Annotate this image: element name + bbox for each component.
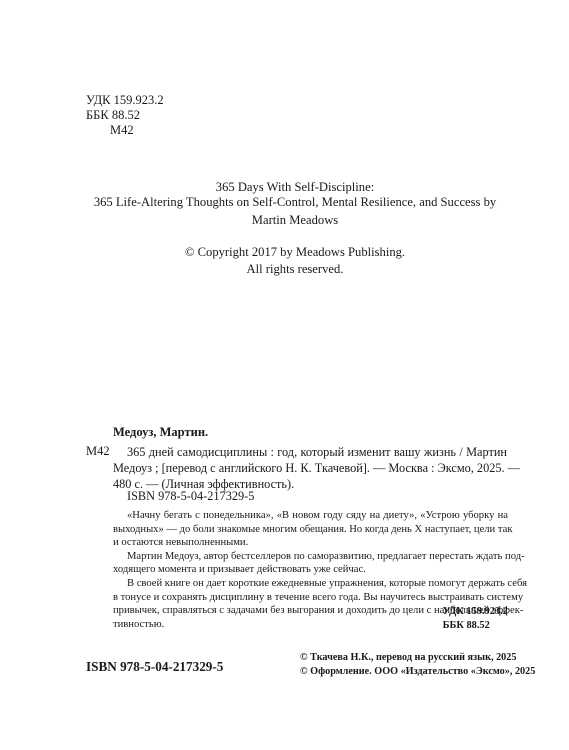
copyright-notices: © Ткачева Н.К., перевод на русский язык,… bbox=[300, 651, 535, 678]
design-copyright: © Оформление. ООО «Издательство «Эксмо»,… bbox=[300, 665, 535, 679]
card-line: 365 дней самодисциплины : год, который и… bbox=[113, 444, 507, 460]
annotation-line: ходящего момента и призывает действовать… bbox=[113, 563, 508, 577]
annotation-line: выходных» — до боли знакомые многим обещ… bbox=[113, 523, 508, 537]
bottom-codes: УДК 159.923.2 ББК 88.52 bbox=[443, 605, 508, 632]
original-edition-block: 365 Days With Self-Discipline: 365 Life-… bbox=[60, 180, 530, 277]
annotation-line: в тонусе и сохранять дисциплину в течени… bbox=[113, 591, 508, 605]
udk-code: УДК 159.923.2 bbox=[86, 93, 164, 108]
original-author: Martin Meadows bbox=[60, 213, 530, 228]
annotation-line: «Начну бегать с понедельника», «В новом … bbox=[113, 509, 508, 523]
spacer bbox=[60, 228, 530, 245]
bottom-bbk: ББК 88.52 bbox=[443, 619, 508, 633]
original-subtitle: 365 Life-Altering Thoughts on Self-Contr… bbox=[60, 195, 530, 210]
card-description: 365 дней самодисциплины : год, который и… bbox=[113, 444, 507, 492]
annotation-line: В своей книге он дает короткие ежедневны… bbox=[113, 577, 508, 591]
rights-reserved: All rights reserved. bbox=[60, 262, 530, 277]
translation-copyright: © Ткачева Н.К., перевод на русский язык,… bbox=[300, 651, 535, 665]
annotation-line: Мартин Медоуз, автор бестселлеров по сам… bbox=[113, 550, 508, 564]
bottom-isbn: ISBN 978-5-04-217329-5 bbox=[86, 659, 223, 675]
annotation-line: и остаются невыполненными. bbox=[113, 536, 508, 550]
bottom-udk: УДК 159.923.2 bbox=[443, 605, 508, 619]
bbk-code: ББК 88.52 bbox=[86, 108, 140, 123]
card-author-heading: Медоуз, Мартин. bbox=[113, 425, 208, 440]
card-author-mark: М42 bbox=[86, 444, 110, 459]
original-title: 365 Days With Self-Discipline: bbox=[60, 180, 530, 195]
card-isbn: ISBN 978-5-04-217329-5 bbox=[127, 489, 254, 504]
original-copyright: © Copyright 2017 by Meadows Publishing. bbox=[60, 245, 530, 260]
card-line: Медоуз ; [перевод с английского Н. К. Тк… bbox=[113, 460, 507, 476]
author-mark: М42 bbox=[110, 123, 134, 138]
